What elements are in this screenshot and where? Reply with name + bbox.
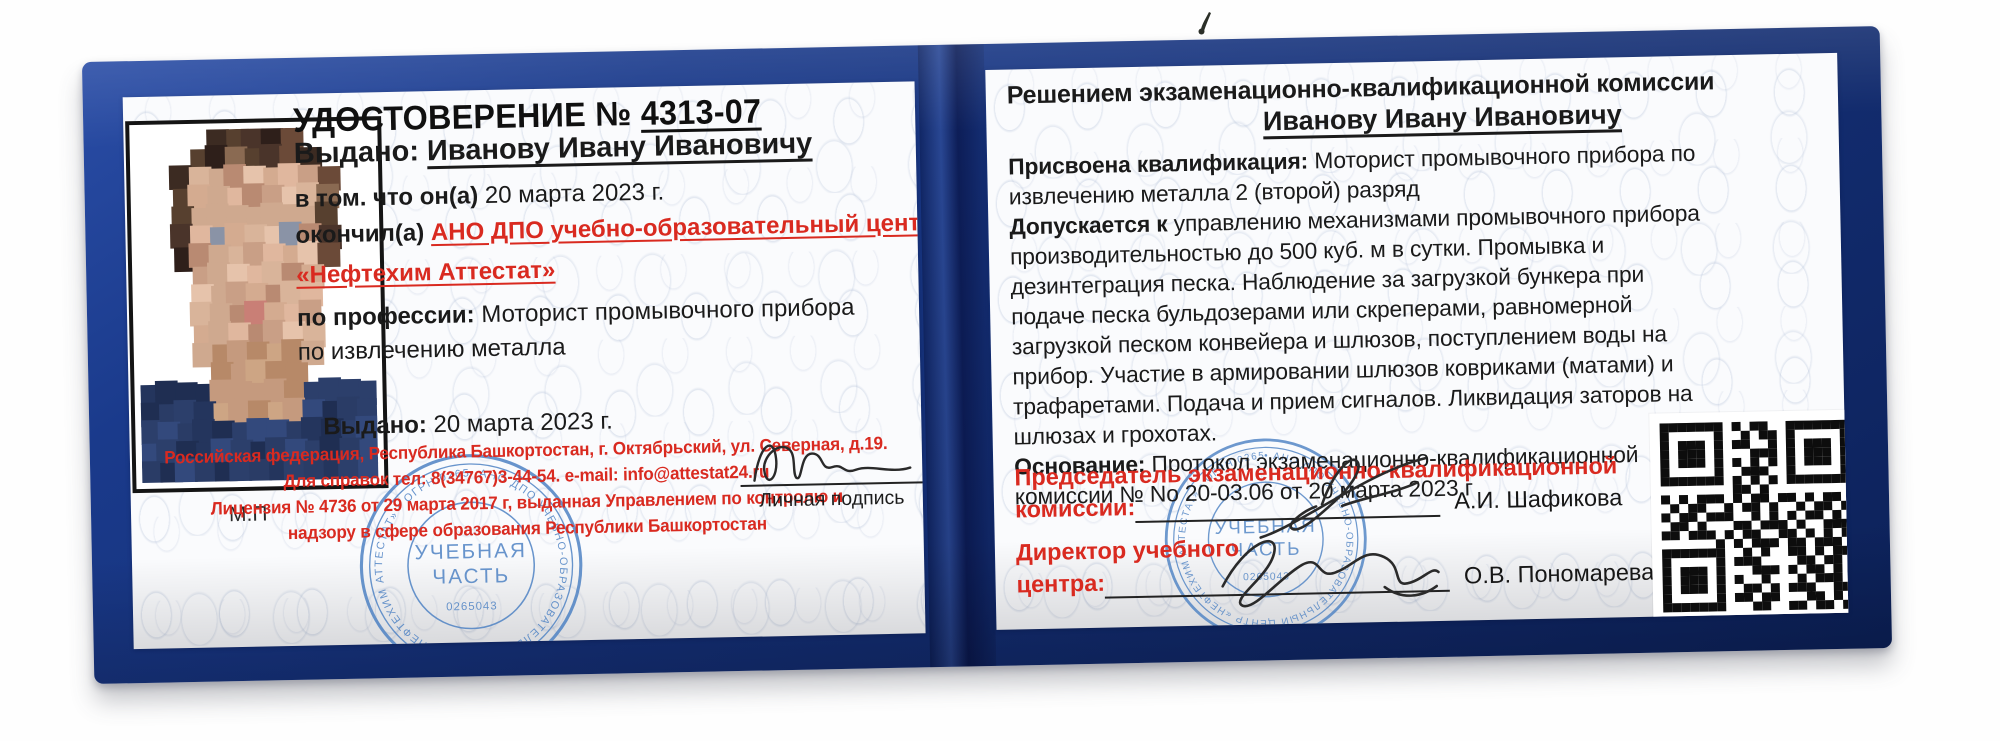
director-signature-block: Директор учебного центра: О.В. Пономарев… (1016, 524, 1689, 600)
issue-date-label: Выдано: (323, 411, 427, 440)
scanned-certificate: • АНО ДПО УЧЕБНО-ОБРАЗОВАТЕЛЬНЫЙ ЦЕНТР «… (0, 0, 2000, 741)
organization-name-line1: АНО ДПО учебно-образовательный центр (431, 209, 926, 246)
chairman-name: А.И. Шафикова (1454, 482, 1623, 516)
qr-grid (1660, 420, 1849, 613)
director-name: О.В. Пономарева (1464, 557, 1655, 592)
profession-label: по профессии: (297, 301, 475, 332)
stamp-number: 0265043 (446, 600, 498, 613)
personal-signature-scribble (739, 421, 922, 495)
holder-name: Иванову Ивану Ивановичу (427, 127, 813, 167)
allowed-paragraph: Допускается к управлению механизмами про… (1009, 197, 1714, 451)
finished-label: окончил(а) (295, 219, 424, 249)
chairman-label-line2: комиссии: (1015, 492, 1136, 525)
director-label-line2: центра: (1016, 568, 1105, 601)
confirmation-date: 20 марта 2023 г. (485, 178, 665, 209)
organization-name-line2: «Нефтехим Аттестат» (296, 257, 556, 289)
certificate-right-page: • АНО ДПО УЧЕБНО-ОБРАЗОВАТЕЛЬНЫЙ ЦЕНТР «… (985, 53, 1848, 630)
finished-line: окончил(а) АНО ДПО учебно-образовательны… (295, 209, 925, 250)
confirmation-line: в том. что он(а) 20 марта 2023 г. (294, 178, 664, 213)
personal-signature-line (739, 419, 922, 487)
director-signature-line (1105, 560, 1451, 599)
certificate-left-page: • АНО ДПО УЧЕБНО-ОБРАЗОВАТЕЛЬНЫЙ ЦЕНТР «… (123, 81, 926, 649)
certificate-booklet: • АНО ДПО УЧЕБНО-ОБРАЗОВАТЕЛЬНЫЙ ЦЕНТР «… (82, 26, 1892, 684)
allowed-label: Допускается к (1009, 210, 1168, 239)
holder-name-text: Иванову Ивану Ивановичу (1263, 99, 1622, 136)
qr-code (1649, 410, 1848, 623)
certificate-number: 4313-07 (640, 92, 761, 132)
ink-mark (1193, 10, 1215, 38)
personal-signature-block: Личная подпись (739, 419, 923, 513)
stamp-center-line2: ЧАСТЬ (432, 564, 510, 589)
organization-line2: «Нефтехим Аттестат» (296, 257, 556, 290)
confirmation-label: в том. что он(а) (294, 182, 478, 213)
qualification-label: Присвоена квалификация: (1008, 148, 1308, 180)
profession-line: по профессии: Моторист промывочного приб… (297, 290, 873, 370)
director-signature-scribble (1194, 512, 1446, 617)
booklet-spine (918, 44, 996, 667)
issued-label: Выдано: (294, 135, 420, 170)
issue-date-value: 20 марта 2023 г. (433, 408, 613, 439)
